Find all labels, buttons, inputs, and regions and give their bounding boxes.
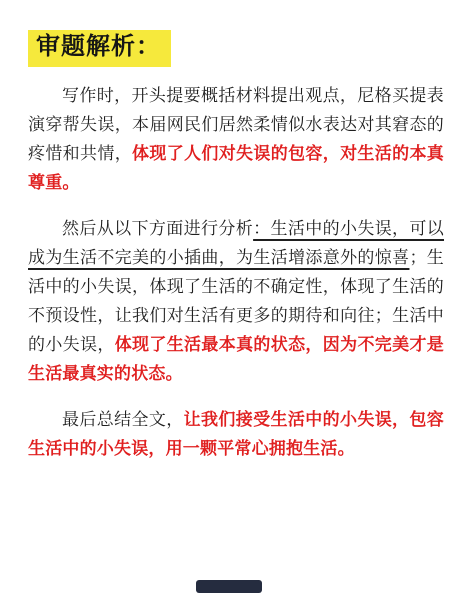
text-segment-normal: 然后从以下方面进行分析 bbox=[62, 219, 253, 238]
paragraph: 然后从以下方面进行分析：生活中的小失误，可以成为生活不完美的小插曲，为生活增添意… bbox=[28, 214, 444, 388]
article-body: 写作时，开头提要概括材料提出观点，尼格买提表演穿帮失误，本届网民们居然柔情似水表… bbox=[28, 81, 444, 463]
section-title-text: 审题解析： bbox=[36, 33, 161, 60]
analysis-note-page: 审题解析： 写作时，开头提要概括材料提出观点，尼格买提表演穿帮失误，本届网民们居… bbox=[0, 0, 458, 600]
watermark-badge bbox=[196, 580, 262, 593]
section-title: 审题解析： bbox=[28, 30, 171, 67]
paragraph: 最后总结全文，让我们接受生活中的小失误，包容生活中的小失误，用一颗平常心拥抱生活… bbox=[28, 405, 444, 463]
text-segment-normal: 最后总结全文， bbox=[62, 410, 184, 429]
paragraph: 写作时，开头提要概括材料提出观点，尼格买提表演穿帮失误，本届网民们居然柔情似水表… bbox=[28, 81, 444, 197]
